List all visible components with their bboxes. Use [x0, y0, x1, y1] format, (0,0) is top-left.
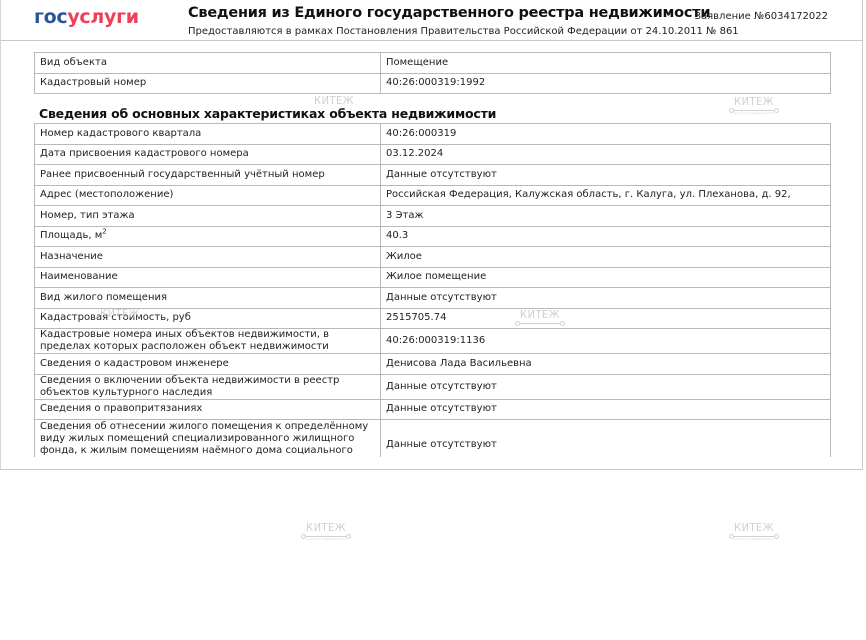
row-value: 40:26:000319:1136 [381, 329, 831, 354]
watermark-logo: КИТЕЖ агентство недвижимости [298, 522, 354, 552]
row-label: Сведения о правопритязаниях [35, 399, 381, 420]
table-row: Площадь, м2 40.3 [35, 226, 831, 247]
row-label: Номер кадастрового квартала [35, 124, 381, 145]
row-value: Данные отсутствуют [381, 420, 831, 458]
row-label: Назначение [35, 247, 381, 268]
row-value: Данные отсутствуют [381, 374, 831, 399]
characteristics-clip: Номер кадастрового квартала 40:26:000319… [1, 0, 863, 457]
row-label: Номер, тип этажа [35, 206, 381, 227]
row-value: 3 Этаж [381, 206, 831, 227]
row-label: Кадастровая стоимость, руб [35, 308, 381, 329]
row-label: Ранее присвоенный государственный учётны… [35, 165, 381, 186]
row-value: 2515705.74 [381, 308, 831, 329]
row-value: 40:26:000319 [381, 124, 831, 145]
table-row: Кадастровая стоимость, руб 2515705.74 [35, 308, 831, 329]
row-label: Площадь, м2 [35, 226, 381, 247]
row-value: 03.12.2024 [381, 144, 831, 165]
table-row: Номер, тип этажа 3 Этаж [35, 206, 831, 227]
table-row: Назначение Жилое [35, 247, 831, 268]
row-value: 40.3 [381, 226, 831, 247]
row-label: Сведения об отнесении жилого помещения к… [35, 420, 381, 458]
row-label: Дата присвоения кадастрового номера [35, 144, 381, 165]
watermark-line-icon [731, 536, 777, 537]
table-row: Сведения об отнесении жилого помещения к… [35, 420, 831, 458]
row-value: Денисова Лада Васильевна [381, 354, 831, 375]
watermark-subtext: агентство недвижимости [726, 537, 782, 541]
row-label: Сведения о включении объекта недвижимост… [35, 374, 381, 399]
page: госуслуги Сведения из Единого государств… [0, 0, 866, 640]
row-value: Данные отсутствуют [381, 165, 831, 186]
watermark-subtext: агентство недвижимости [298, 537, 354, 541]
row-label: Сведения о кадастровом инженере [35, 354, 381, 375]
row-value: Данные отсутствуют [381, 288, 831, 309]
row-value: Жилое помещение [381, 267, 831, 288]
table-row: Номер кадастрового квартала 40:26:000319 [35, 124, 831, 145]
table-row: Сведения о кадастровом инженере Денисова… [35, 354, 831, 375]
superscript: 2 [102, 228, 106, 236]
row-label: Кадастровые номера иных объектов недвижи… [35, 329, 381, 354]
row-value: Жилое [381, 247, 831, 268]
row-value: Данные отсутствуют [381, 399, 831, 420]
row-label-text: Площадь, м [40, 230, 102, 241]
table-row: Наименование Жилое помещение [35, 267, 831, 288]
row-value: Российская Федерация, Калужская область,… [381, 185, 831, 206]
table-row: Сведения о правопритязаниях Данные отсут… [35, 399, 831, 420]
row-label: Адрес (местоположение) [35, 185, 381, 206]
document-card: госуслуги Сведения из Единого государств… [0, 0, 863, 470]
table-row: Вид жилого помещения Данные отсутствуют [35, 288, 831, 309]
row-label: Наименование [35, 267, 381, 288]
row-label: Вид жилого помещения [35, 288, 381, 309]
table-row: Дата присвоения кадастрового номера 03.1… [35, 144, 831, 165]
table-row: Адрес (местоположение) Российская Федера… [35, 185, 831, 206]
watermark-logo: КИТЕЖ агентство недвижимости [726, 522, 782, 552]
watermark-text: КИТЕЖ [726, 522, 782, 534]
table-row: Ранее присвоенный государственный учётны… [35, 165, 831, 186]
table-row: Сведения о включении объекта недвижимост… [35, 374, 831, 399]
watermark-text: КИТЕЖ [298, 522, 354, 534]
characteristics-table: Номер кадастрового квартала 40:26:000319… [34, 123, 831, 457]
table-row: Кадастровые номера иных объектов недвижи… [35, 329, 831, 354]
watermark-line-icon [303, 536, 349, 537]
